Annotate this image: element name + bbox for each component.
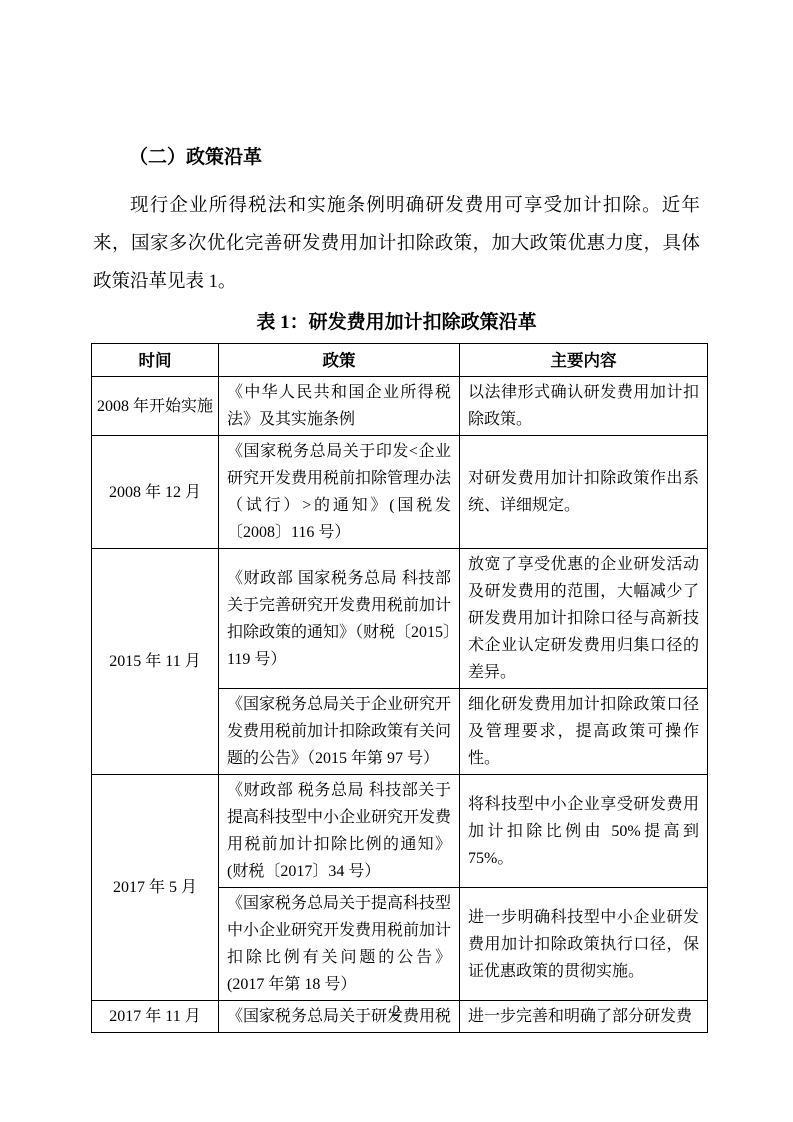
table-row: 2017 年 5 月 《财政部 税务总局 科技部关于提高科技型中小企业研究开发费… bbox=[92, 775, 708, 888]
table-row: 2015 年 11 月 《财政部 国家税务总局 科技部关于完善研究开发费用税前加… bbox=[92, 549, 708, 689]
col-header-policy: 政策 bbox=[219, 344, 460, 377]
cell-content: 放宽了享受优惠的企业研发活动及研发费用的范围，大幅减少了研发费用加计扣除口径与高… bbox=[460, 549, 708, 689]
cell-time: 2008 年开始实施 bbox=[92, 377, 219, 436]
col-header-time: 时间 bbox=[92, 344, 219, 377]
cell-policy: 《中华人民共和国企业所得税法》及其实施条例 bbox=[219, 377, 460, 436]
intro-paragraph: 现行企业所得税法和实施条例明确研发费用可享受加计扣除。近年来，国家多次优化完善研… bbox=[93, 187, 700, 301]
table-row: 2008 年开始实施 《中华人民共和国企业所得税法》及其实施条例 以法律形式确认… bbox=[92, 377, 708, 436]
cell-content: 进一步明确科技型中小企业研发费用加计扣除政策执行口径，保证优惠政策的贯彻实施。 bbox=[460, 888, 708, 1001]
cell-time: 2008 年 12 月 bbox=[92, 436, 219, 549]
table-title: 表 1：研发费用加计扣除政策沿革 bbox=[93, 311, 700, 335]
col-header-content: 主要内容 bbox=[460, 344, 708, 377]
cell-policy: 《财政部 税务总局 科技部关于提高科技型中小企业研究开发费用税前加计扣除比例的通… bbox=[219, 775, 460, 888]
cell-time: 2015 年 11 月 bbox=[92, 549, 219, 775]
table-row: 2008 年 12 月 《国家税务总局关于印发<企业研究开发费用税前扣除管理办法… bbox=[92, 436, 708, 549]
policy-table: 时间 政策 主要内容 2008 年开始实施 《中华人民共和国企业所得税法》及其实… bbox=[91, 343, 708, 1033]
cell-content: 对研发费用加计扣除政策作出系统、详细规定。 bbox=[460, 436, 708, 549]
cell-policy: 《财政部 国家税务总局 科技部关于完善研究开发费用税前加计扣除政策的通知》（财税… bbox=[219, 549, 460, 689]
page-number: 2 bbox=[0, 1002, 793, 1022]
section-heading: （二）政策沿革 bbox=[129, 145, 700, 171]
table-header-row: 时间 政策 主要内容 bbox=[92, 344, 708, 377]
page-content: （二）政策沿革 现行企业所得税法和实施条例明确研发费用可享受加计扣除。近年来，国… bbox=[0, 0, 793, 1033]
cell-content: 将科技型中小企业享受研发费用加计扣除比例由 50%提高到 75%。 bbox=[460, 775, 708, 888]
cell-content: 细化研发费用加计扣除政策口径及管理要求，提高政策可操作性。 bbox=[460, 689, 708, 775]
cell-policy: 《国家税务总局关于企业研究开发费用税前加计扣除政策有关问题的公告》（2015 年… bbox=[219, 689, 460, 775]
cell-time: 2017 年 5 月 bbox=[92, 775, 219, 1001]
cell-policy: 《国家税务总局关于提高科技型中小企业研究开发费用税前加计扣除比例有关问题的公告》… bbox=[219, 888, 460, 1001]
cell-policy: 《国家税务总局关于印发<企业研究开发费用税前扣除管理办法（试行）>的通知》(国税… bbox=[219, 436, 460, 549]
document-page: （二）政策沿革 现行企业所得税法和实施条例明确研发费用可享受加计扣除。近年来，国… bbox=[0, 0, 793, 1122]
cell-content: 以法律形式确认研发费用加计扣除政策。 bbox=[460, 377, 708, 436]
